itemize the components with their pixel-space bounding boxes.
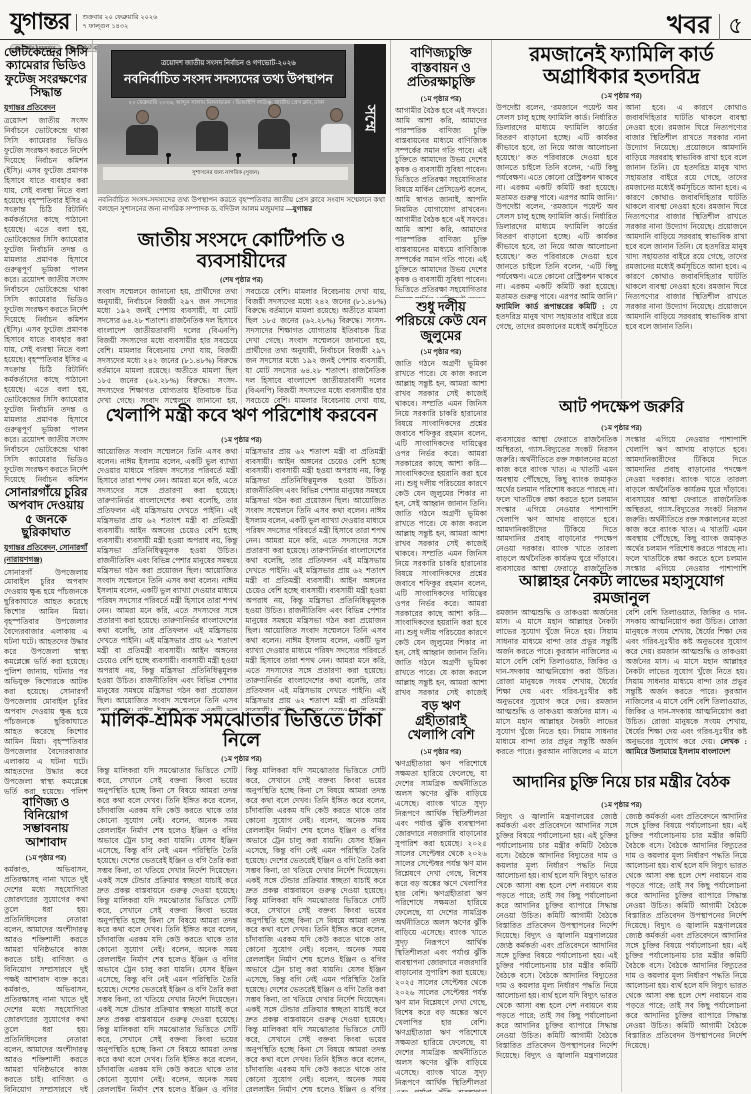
- body-kotipoti: সংবাদ সম্মেলনে জানানো হয়, প্রার্থীদের ত…: [97, 287, 386, 405]
- headline-sonargaon: সোনারগাঁয়ে চুরির অপবাদ দেওয়ায় ৫ জনকে …: [4, 484, 88, 542]
- continuation-boro-rin: (১ম পৃষ্ঠার পর): [395, 745, 487, 759]
- speaker-2: [195, 106, 229, 152]
- headline-dolio-porichoy: শুধু দলীয় পরিচয়ে কেউ যেন জুলুমের: [395, 298, 487, 346]
- continuation-family-card: (১ম পৃষ্ঠার পর): [496, 89, 747, 103]
- byline-cctv: যুগান্তর প্রতিবেদন: [4, 102, 88, 116]
- family-card-body-a: উপদেষ্টা বলেন, ‘রমজানে পয়েন্ট অব সেলস চ…: [496, 103, 618, 301]
- body-ramadan-article: রমজান আত্মশুদ্ধি ও তাকওয়া অর্জনের মাস। …: [496, 608, 747, 774]
- body-dolio-porichoy: জাতি গঠনে অগ্রণী ভূমিকা রাখতে পারে। যে ক…: [395, 359, 487, 697]
- headline-ramadan-article: আল্লাহর নৈকট্য লাভের মহাসুযোগ রমজানুল: [496, 573, 747, 608]
- column-right: রমজানেই ফ্যামিলি কার্ড অগ্রাধিকার হতদরিদ…: [491, 40, 751, 1094]
- newspaper-page-body: ভোটকেন্দ্রের সিসি ক্যামেরার ভিডিও ফুটেজ …: [0, 40, 751, 1094]
- newspaper-logo: যুগান্তর: [10, 3, 70, 42]
- headline-trade-investment: বাণিজ্য ও বিনিয়োগ সম্ভাবনায় আশাবাদ: [4, 794, 88, 852]
- body-malik-sramik: কিন্তু মালিকরা যদি সমঝোতার ভিত্তিতে সেটি…: [97, 766, 386, 1092]
- press-conference-photo: ত্রয়োদশ জাতীয় সংসদ নির্বাচন ও গণভোট-২০…: [97, 44, 386, 194]
- body-trade-defence-pact: আগামীর বৈঠক হবে এই সফরে। আমি আশা করি, আম…: [395, 106, 487, 298]
- photo-caption: নবনির্বাচিত সংসদ-সদস্যদের তথ্য উপস্থাপন …: [97, 194, 386, 230]
- column-left: ভোটকেন্দ্রের সিসি ক্যামেরার ভিডিও ফুটেজ …: [0, 40, 92, 1094]
- table-banner: সুশাসনের জন্য নাগরিক (সুজন): [103, 167, 348, 180]
- continuation-dolio-porichoy: (১ম পৃষ্ঠার পর): [395, 345, 487, 359]
- continuation-eight-steps: (১ম পৃষ্ঠার পর): [496, 421, 747, 435]
- column-main: ত্রয়োদশ জাতীয় সংসদ নির্বাচন ও গণভোট-২০…: [92, 40, 390, 1094]
- byline-sonargaon: যুগান্তর প্রতিবেদন, সোনারগাঁ (নারায়ণগঞ্…: [4, 542, 88, 568]
- speaker-1: [125, 110, 159, 156]
- headline-family-card: রমজানেই ফ্যামিলি কার্ড অগ্রাধিকার হতদরিদ…: [496, 44, 747, 89]
- photo-credit: —যুগান্তর: [286, 205, 312, 213]
- continuation-malik-sramik: (১ম পৃষ্ঠার পর): [97, 752, 386, 766]
- body-cctv: ত্রয়োদশ জাতীয় সংসদ নির্বাচনে ভোটকেন্দ্…: [4, 116, 88, 484]
- header-divider: [719, 14, 720, 40]
- continuation-trade-investment: (১ম পৃষ্ঠার পর): [4, 851, 88, 865]
- family-card-subhead: ফ্যামিলি কার্ড রূপান্তরের কমিটি :: [496, 302, 605, 311]
- banner-line-1: ত্রয়োদশ জাতীয় সংসদ নির্বাচন ও গণভোট-২০…: [161, 57, 296, 69]
- date-bengali: ৭ ফাল্গুন ১৪৩২: [83, 23, 158, 32]
- headline-cctv: ভোটকেন্দ্রের সিসি ক্যামেরার ভিডিও ফুটেজ …: [4, 44, 88, 102]
- headline-eight-steps: আট পদক্ষেপ জরুরি: [496, 399, 747, 421]
- ramadan-body: রমজান আত্মশুদ্ধি ও তাকওয়া অর্জনের মাস। …: [496, 608, 747, 757]
- body-boro-rin: ঋণগ্রহীতারা ঋণ পরিশোধে সক্ষমতা হারিয়ে ফ…: [395, 759, 487, 1092]
- continuation-kotipoti: (শেষ পৃষ্ঠার পর): [97, 273, 386, 287]
- body-khelapi: আয়োজিত সংবাদ সম্মেলনে তিনি এসব কথা বলেন…: [97, 447, 386, 711]
- headline-trade-defence-pact: বাণিজ্যচুক্তি বাস্তবায়ন ও প্রতিরক্ষাচুক…: [395, 44, 487, 92]
- side-banner-text: সম্মে: [358, 105, 383, 132]
- speaker-4: [319, 108, 353, 154]
- body-adani-meeting: বিদ্যুৎ ও জ্বালানি মন্ত্রণালয়ের জ্যেষ্ঠ…: [496, 812, 747, 1093]
- page-header: যুগান্তর শুক্রবার ২০ ফেব্রুয়ারি ২০২৬ ৭ …: [0, 0, 751, 40]
- photo-side-banner: সম্মে: [354, 44, 386, 194]
- headline-malik-sramik: মালিক-শ্রমিক সমঝোতার ভিত্তিতে টাকা নিলে: [97, 711, 386, 752]
- body-eight-steps: ব্যবসায়ের আস্থা ফেরাতে রাজনৈতিক অস্থিরত…: [496, 435, 747, 573]
- speaker-3: [257, 104, 291, 150]
- continuation-trade-defence-pact: (১ম পৃষ্ঠার পর): [395, 92, 487, 106]
- headline-khelapi: খেলাপি মন্ত্রী কবে ঋণ পরিশোধ করবেন: [97, 405, 386, 433]
- headline-adani-meeting: আদানির চুক্তি নিয়ে চার মন্ত্রীর বৈঠক: [496, 774, 747, 798]
- body-trade-investment: কর্মকাণ্ড, অভিবাসন, প্রতিরক্ষাসহ নানা খা…: [4, 865, 88, 1092]
- date-gregorian: শুক্রবার ২০ ফেব্রুয়ারি ২০২৬: [83, 14, 158, 23]
- column-mid-right: বাণিজ্যচুক্তি বাস্তবায়ন ও প্রতিরক্ষাচুক…: [390, 40, 491, 1094]
- body-sonargaon: সোনারগাঁ উপজেলায় মোবাইল চুরির অপবাদ দেও…: [4, 568, 88, 794]
- caption-text: নবনির্বাচিত সংসদ-সদস্যদের তথ্য উপস্থাপন …: [98, 196, 385, 213]
- body-family-card: উপদেষ্টা বলেন, ‘রমজানে পয়েন্ট অব সেলস চ…: [496, 103, 747, 399]
- photo-banner: ত্রয়োদশ জাতীয় সংসদ নির্বাচন ও গণভোট-২০…: [111, 50, 346, 98]
- headline-boro-rin: বড় ঋণ গ্রহীতারাই খেলাপি বেশি: [395, 697, 487, 745]
- continuation-adani-meeting: (১ম পৃষ্ঠার পর): [496, 798, 747, 812]
- continuation-khelapi: (১ম পৃষ্ঠার পর): [97, 433, 386, 447]
- date-block: শুক্রবার ২০ ফেব্রুয়ারি ২০২৬ ৭ ফাল্গুন ১…: [76, 14, 158, 32]
- banner-line-2: নবনির্বাচিত সংসদ সদস্যদের তথ্য উপস্থাপন: [124, 71, 333, 91]
- headline-kotipoti: জাতীয় সংসদে কোটিপতি ও ব্যবসায়ীদের: [97, 230, 386, 273]
